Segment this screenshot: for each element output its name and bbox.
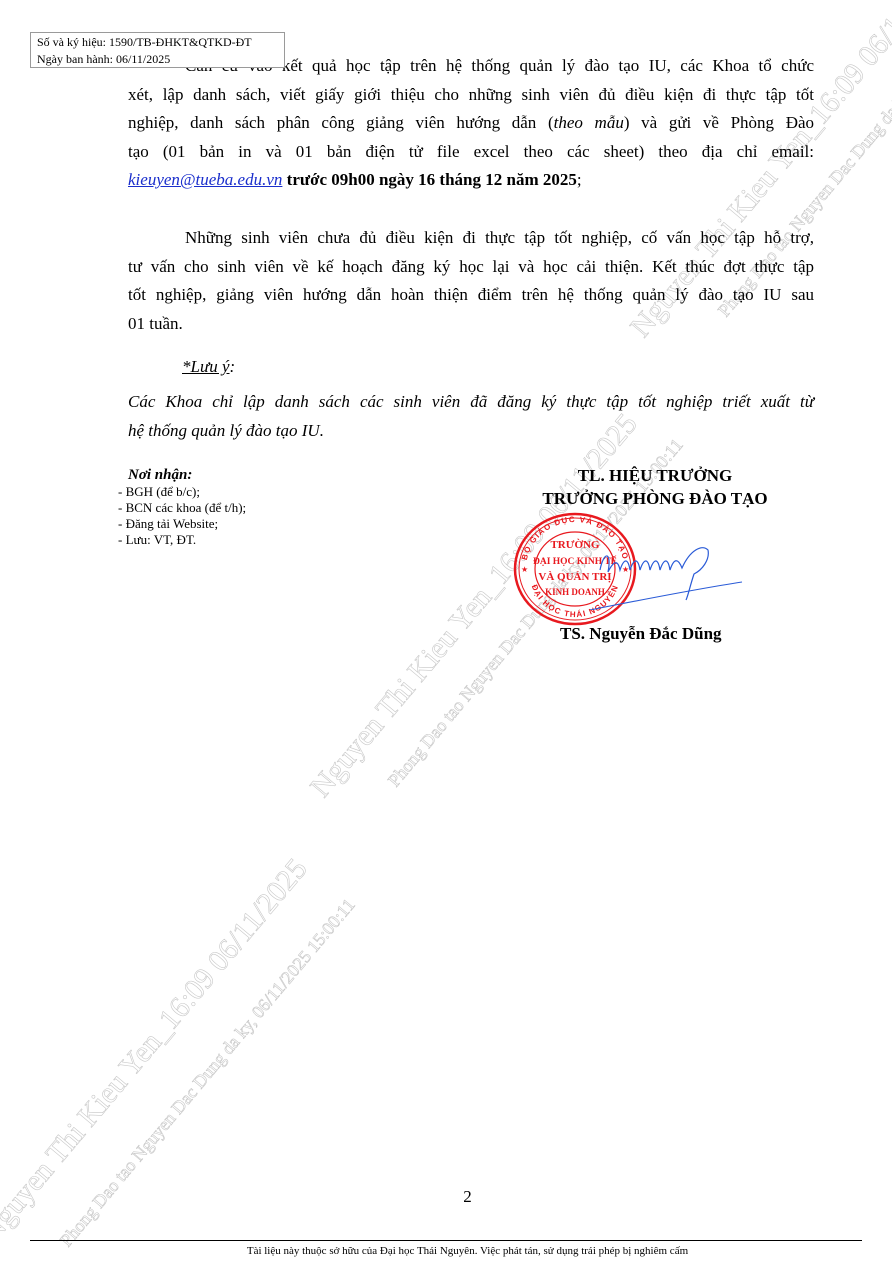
email-link[interactable]: kieuyen@tueba.edu.vn <box>128 170 282 189</box>
signature-block: TL. HIỆU TRƯỞNG TRƯỞNG PHÒNG ĐÀO TẠO <box>520 464 790 510</box>
page-number: 2 <box>0 1187 892 1207</box>
note-line-1: Các Khoa chỉ lập danh sách các sinh viên… <box>128 388 814 417</box>
signer-name: TS. Nguyễn Đắc Dũng <box>560 624 722 644</box>
signature-title-2: TRƯỞNG PHÒNG ĐÀO TẠO <box>520 487 790 510</box>
note-colon: : <box>230 357 236 376</box>
para1-line-2: xét, lập danh sách, viết giấy giới thiệu… <box>128 81 814 110</box>
note-line-2: hệ thống quản lý đào tạo IU. <box>128 417 814 446</box>
para2-line-2: tư vấn cho sinh viên về kế hoạch đăng ký… <box>128 253 814 282</box>
svg-text:★: ★ <box>521 565 528 574</box>
para1-line-3: nghiệp, danh sách phân công giảng viên h… <box>128 109 814 138</box>
recipient-item: - Đăng tải Website; <box>118 516 246 532</box>
footer-notice: Tài liệu này thuộc sở hữu của Đại học Th… <box>0 1245 892 1257</box>
recipient-item: - Lưu: VT, ĐT. <box>118 532 246 548</box>
note-body: Các Khoa chỉ lập danh sách các sinh viên… <box>128 388 814 445</box>
paragraph-1: Căn cứ vào kết quả học tập trên hệ thống… <box>128 52 814 195</box>
text: ) và gửi về Phòng Đào <box>624 113 814 132</box>
issue-date: Ngày ban hành: 06/11/2025 <box>37 51 284 68</box>
para1-line-5: kieuyen@tueba.edu.vn trước 09h00 ngày 16… <box>128 166 814 195</box>
deadline-end: ; <box>577 170 582 189</box>
deadline-text: trước 09h00 ngày 16 tháng 12 năm 2025 <box>282 170 576 189</box>
document-number: Số và ký hiệu: 1590/TB-ĐHKT&QTKD-ĐT <box>37 34 284 51</box>
footer-divider <box>30 1240 862 1241</box>
handwritten-signature-icon <box>590 530 750 610</box>
document-meta-box: Số và ký hiệu: 1590/TB-ĐHKT&QTKD-ĐT Ngày… <box>30 32 285 68</box>
signature-title-1: TL. HIỆU TRƯỞNG <box>520 464 790 487</box>
para2-line-3: tốt nghiệp, giảng viên hướng dẫn hoàn th… <box>128 281 814 310</box>
recipient-item: - BCN các khoa (để t/h); <box>118 500 246 516</box>
text: nghiệp, danh sách phân công giảng viên h… <box>128 113 554 132</box>
paragraph-2: Những sinh viên chưa đủ điều kiện đi thự… <box>128 224 814 338</box>
recipients-block: Nơi nhận: - BGH (để b/c); - BCN các khoa… <box>118 466 246 548</box>
para2-line-1: Những sinh viên chưa đủ điều kiện đi thự… <box>128 224 814 253</box>
recipient-item: - BGH (để b/c); <box>118 484 246 500</box>
note-title: *Lưu ý: <box>182 357 235 377</box>
recipients-title: Nơi nhận: <box>118 466 246 484</box>
para2-line-4: 01 tuần. <box>128 310 814 339</box>
template-note: theo mẫu <box>554 113 624 132</box>
para1-line-4: tạo (01 bản in và 01 bản điện tử file ex… <box>128 138 814 167</box>
note-label: *Lưu ý <box>182 357 230 376</box>
